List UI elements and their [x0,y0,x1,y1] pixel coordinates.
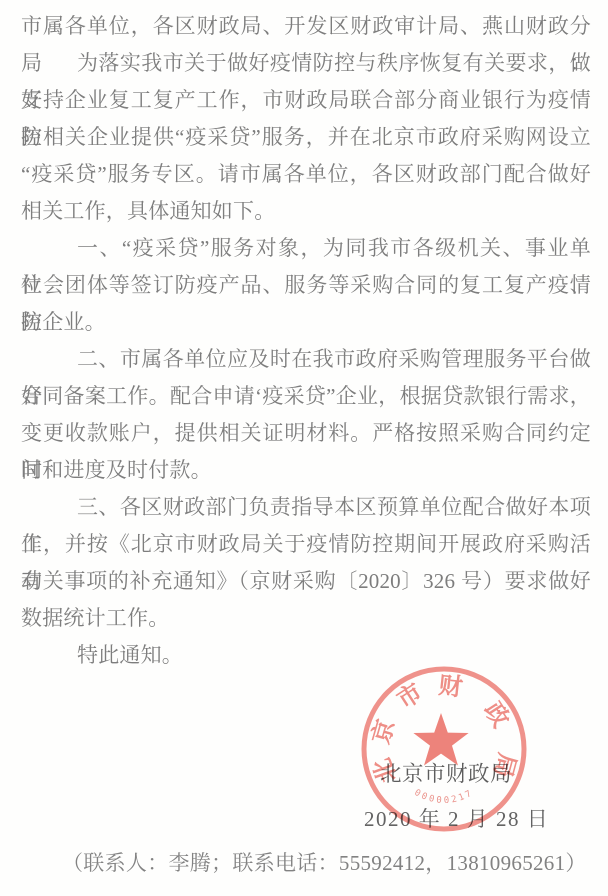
seal-char: 市 [393,679,428,715]
signature-org: 北京市财政局 [380,760,512,788]
document-line: 市属各单位，各区财政局、开发区财政审计局、燕山财政分局： [21,8,591,45]
seal-char: 政 [479,698,515,733]
document-line: 数据统计工作。 [21,600,591,637]
document-line: 间和进度及时付款。 [21,452,591,489]
document-line: 为落实我市关于做好疫情防控与秩序恢复有关要求，做好 [21,45,591,82]
document-line: 支持企业复工复产工作，市财政局联合部分商业银行为疫情防 [21,82,591,119]
document-line: “疫采贷”服务专区。请市属各单位，各区财政部门配合做好 [21,156,591,193]
contact-line: （联系人：李腾；联系电话：55592412，13810965261） [62,845,587,882]
seal-char: 京 [367,716,401,747]
seal-star-icon [413,713,468,766]
document-line: 三、各区财政部门负责指导本区预算单位配合做好本项工 [21,489,591,526]
document-line: 一、“疫采贷”服务对象，为同我市各级机关、事业单位、 [21,230,591,267]
document-line: 作，并按《北京市财政局关于疫情防控期间开展政府采购活动 [21,526,591,563]
seal-char: 财 [437,672,464,701]
document-line: 控相关企业提供“疫采贷”服务，并在北京市政府采购网设立 [21,119,591,156]
document-line: 变更收款账户，提供相关证明材料。严格按照采购合同约定时 [21,415,591,452]
document-line: 社会团体等签订防疫产品、服务等采购合同的复工复产疫情防 [21,267,591,304]
document-line: 控企业。 [21,304,591,341]
document-line: 二、市属各单位应及时在我市政府采购管理服务平台做好 [21,341,591,378]
document-body: 市属各单位，各区财政局、开发区财政审计局、燕山财政分局：为落实我市关于做好疫情防… [21,8,591,674]
signature-date: 2020 年 2 月 28 日 [364,805,549,833]
document-page: 市属各单位，各区财政局、开发区财政审计局、燕山财政分局：为落实我市关于做好疫情防… [0,0,608,896]
document-line: 相关工作，具体通知如下。 [21,193,591,230]
document-line: 有关事项的补充通知》（京财采购〔2020〕326 号）要求做好 [21,563,591,600]
document-line: 特此通知。 [21,637,591,674]
document-line: 合同备案工作。配合申请‘疫采贷”企业，根据贷款银行需求， [21,378,591,415]
